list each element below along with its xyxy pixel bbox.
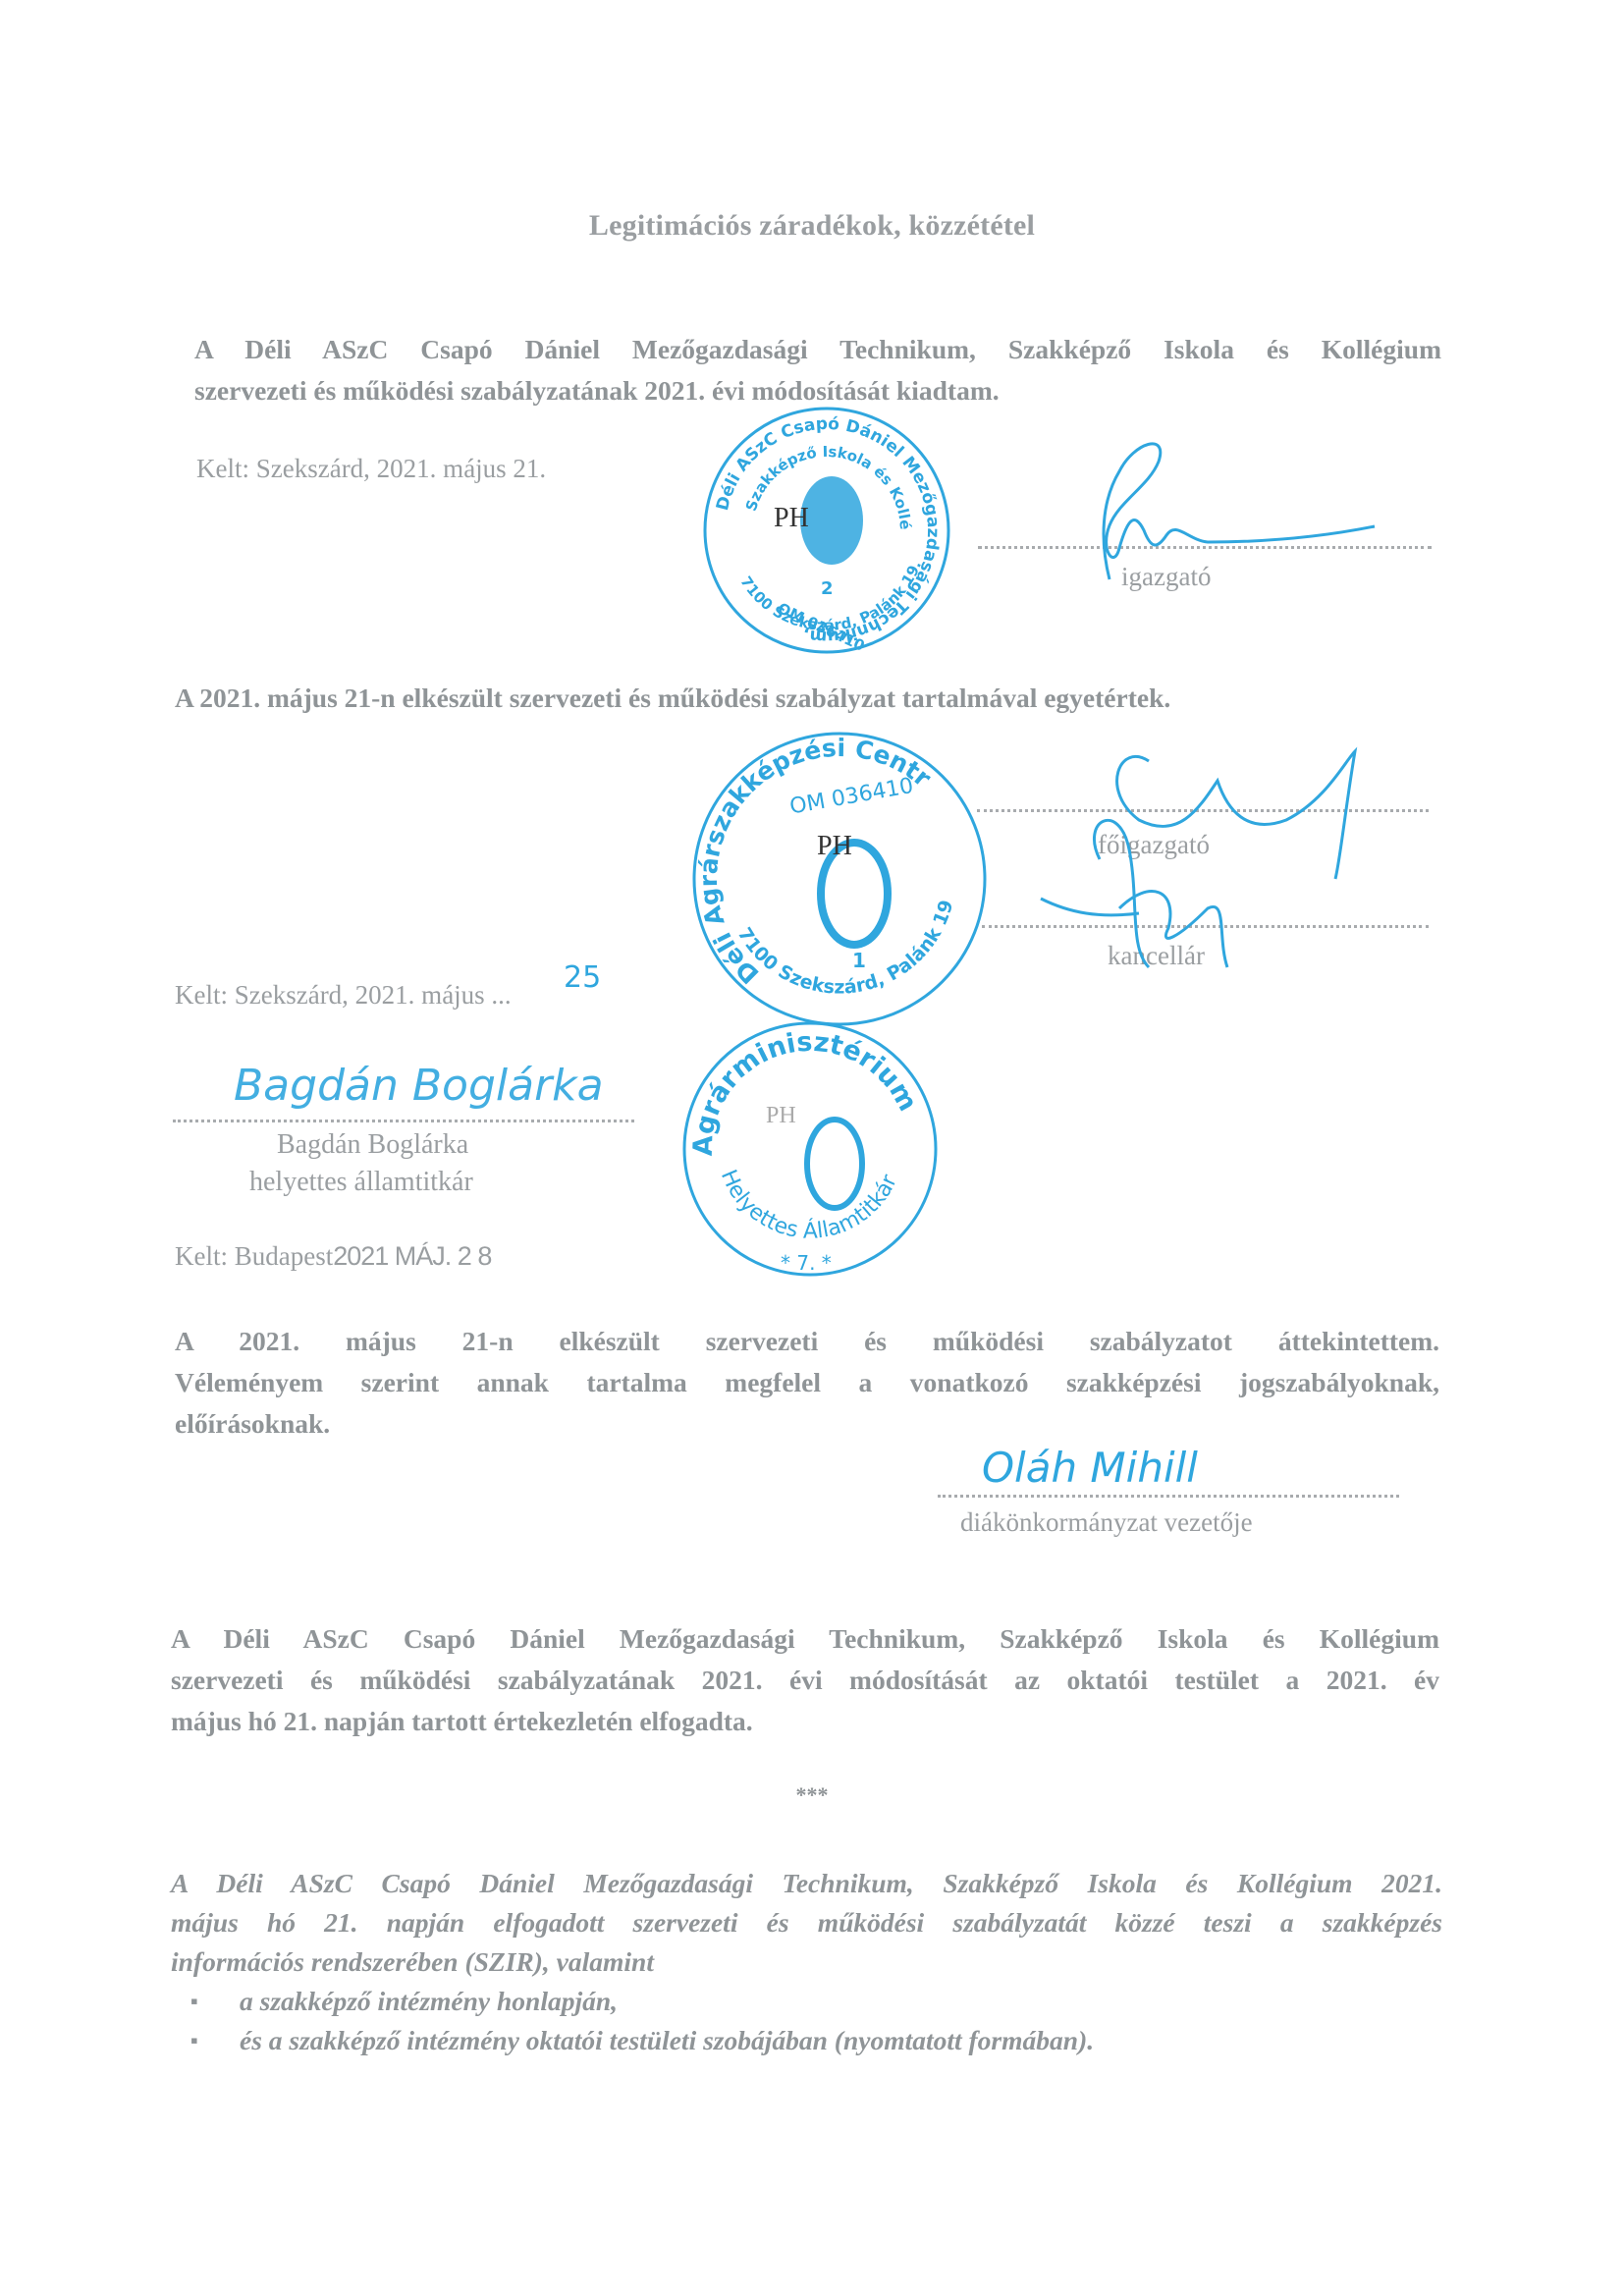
svg-text:OM 036410: OM 036410 [787,774,915,820]
ministry-stamp-icon: Agrárminisztérium PH Helyettes Államtitk… [677,1016,943,1282]
svg-text:2: 2 [821,578,834,599]
svg-text:PH: PH [774,503,809,533]
centrum-stamp-icon: Déli Agrárszakképzési Centrum OM 036410 … [687,727,992,1031]
section3-kelt: Kelt: Budapest2021 MÁJ. 2 8 [175,1241,491,1272]
section5-line2: szervezeti és működési szabályzatának 20… [171,1660,1439,1701]
section5-line3: május hó 21. napján tartott értekezletén… [171,1701,1439,1742]
section2-line: A 2021. május 21-n elkészült szervezeti … [175,678,1451,719]
role-student-leader: diákönkormányzat vezetője [960,1507,1253,1538]
signature-line-deputy [173,1120,634,1122]
list-item: ▪a szakképző intézmény honlapján, [212,1982,1442,2021]
deputy-title: helyettes államtitkár [249,1167,473,1198]
section4-line1: A 2021. május 21-n elkészült szervezeti … [175,1321,1439,1362]
section5-paragraph: A Déli ASzC Csapó Dániel Mezőgazdasági T… [171,1618,1439,1742]
section5-line1: A Déli ASzC Csapó Dániel Mezőgazdasági T… [171,1618,1439,1660]
chancellor-signature [1031,741,1443,977]
student-leader-signature: Oláh Mihill [982,1444,1198,1492]
section1-kelt: Kelt: Szekszárd, 2021. május 21. [196,454,546,484]
section1-line1: A Déli ASzC Csapó Dániel Mezőgazdasági T… [194,329,1441,370]
page-title: Legitimációs záradékok, közzététel [0,209,1624,243]
svg-text:PH: PH [766,1103,796,1128]
section4-line2: Véleményem szerint annak tartalma megfel… [175,1362,1439,1403]
section2-kelt: Kelt: Szekszárd, 2021. május ... 25 [175,980,512,1011]
svg-text:* 7. *: * 7. * [781,1251,832,1275]
list-item: ▪és a szakképző intézmény oktatói testül… [212,2021,1442,2060]
section6-line1: A Déli ASzC Csapó Dániel Mezőgazdasági T… [171,1864,1442,1903]
svg-text:Agrárminisztérium: Agrárminisztérium [677,1016,925,1172]
svg-text:1: 1 [852,949,866,972]
section6-paragraph: A Déli ASzC Csapó Dániel Mezőgazdasági T… [171,1864,1442,2060]
signature-line-student [938,1495,1399,1498]
deputy-signature: Bagdán Boglárka [234,1061,604,1111]
section6-line2: május hó 21. napján elfogadott szervezet… [171,1903,1442,1942]
svg-text:PH: PH [817,831,852,861]
section4-paragraph: A 2021. május 21-n elkészült szervezeti … [175,1321,1439,1445]
separator: *** [0,1782,1624,1808]
director-signature [1041,432,1414,589]
deputy-name: Bagdán Boglárka [277,1129,468,1161]
school-stamp-icon: Déli ASzC Csapó Dániel Mezőgazdasági Tec… [699,403,954,658]
section1-paragraph: A Déli ASzC Csapó Dániel Mezőgazdasági T… [194,329,1441,411]
date-stamp: 2021 MÁJ. 2 8 [333,1241,491,1271]
handwritten-day: 25 [564,960,601,995]
publication-list: ▪a szakképző intézmény honlapján, ▪és a … [212,1982,1442,2060]
section6-line3: információs rendszerében (SZIR), valamin… [171,1942,1442,1982]
section4-line3: előírásoknak. [175,1403,1439,1445]
